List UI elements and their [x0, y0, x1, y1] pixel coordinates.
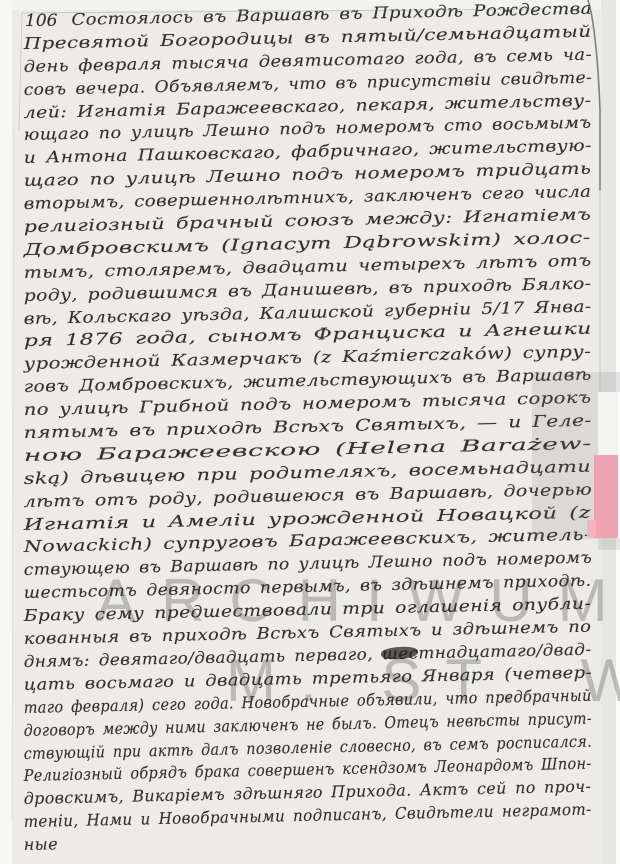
gray-highlight-band — [532, 372, 598, 539]
pink-highlight-mark — [594, 455, 618, 538]
scan-margin-left — [0, 0, 12, 864]
gray-margin-mark-top — [598, 372, 620, 392]
white-margin-patch — [598, 392, 618, 455]
gray-margin-mark-bottom — [598, 538, 620, 550]
scanned-document-page: ARCHIWUM M. ST. W 106 Состоялось въ Варш… — [0, 0, 620, 864]
manuscript-text-block: Состоялось въ Варшавѣ въ Приходѣ Рождест… — [24, 10, 594, 857]
pink-highlight-tab — [587, 520, 596, 537]
